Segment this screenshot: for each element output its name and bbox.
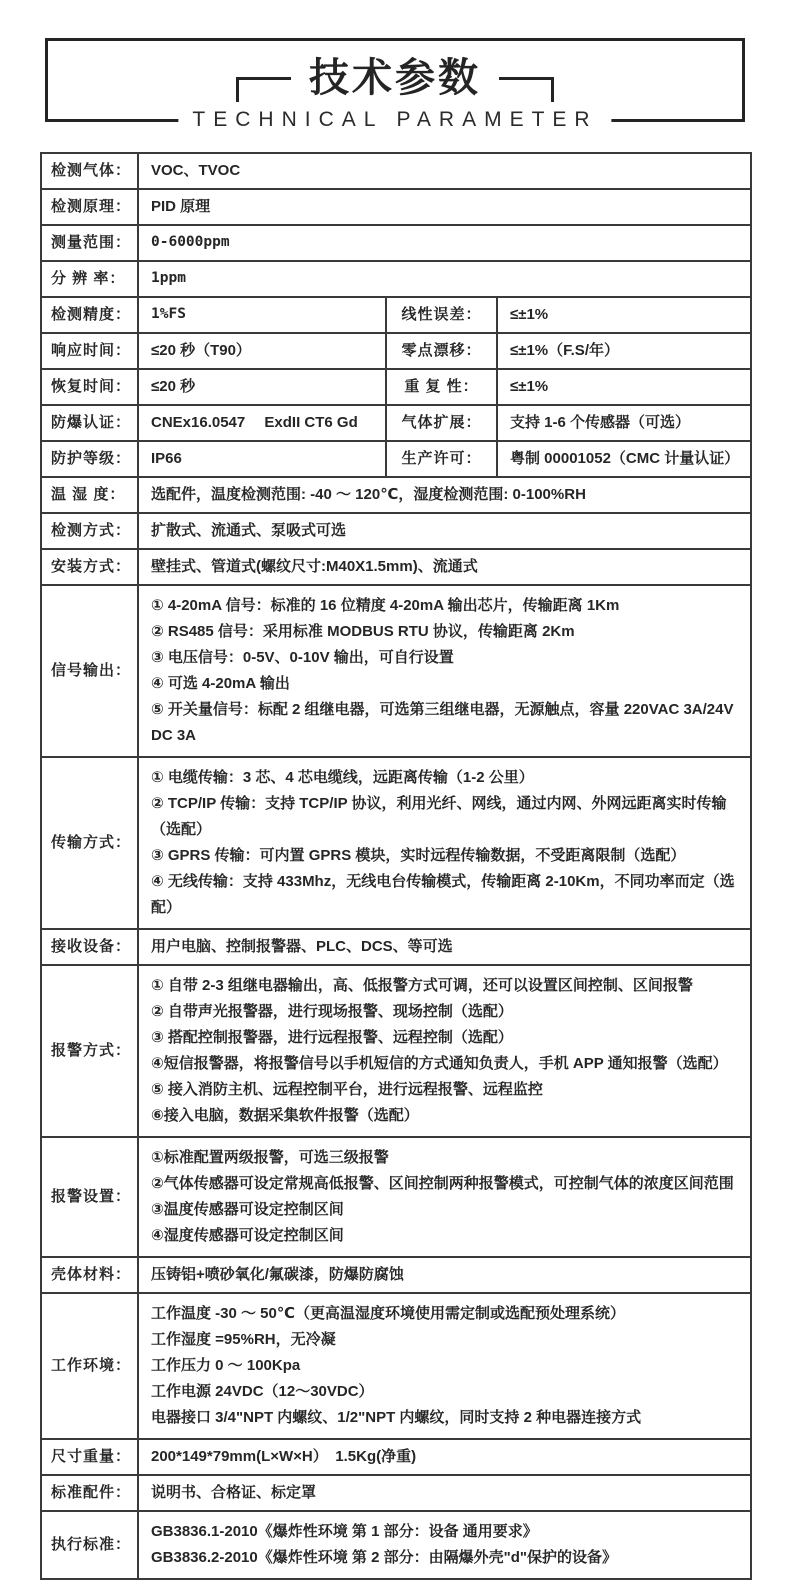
- detection-method-value: 扩散式、流通式、泵吸式可选: [138, 513, 751, 549]
- accuracy-value: 1%FS: [138, 297, 386, 333]
- dimensions-weight-label: 尺寸重量：: [41, 1439, 138, 1475]
- alarm-settings-line: ③温度传感器可设定控制区间: [151, 1197, 742, 1223]
- repeatability-label: 重 复 性：: [386, 369, 497, 405]
- row-detected-gas: 检测气体： VOC、TVOC: [41, 153, 751, 189]
- linearity-error-value: ≤±1%: [497, 297, 751, 333]
- explosion-proof-cert-label: 防爆认证：: [41, 405, 138, 441]
- receiving-device-value: 用户电脑、控制报警器、PLC、DCS、等可选: [138, 929, 751, 965]
- working-environment-line: 电器接口 3/4"NPT 内螺纹、1/2"NPT 内螺纹，同时支持 2 种电器连…: [151, 1405, 742, 1431]
- row-housing-material: 壳体材料： 压铸铝+喷砂氧化/氟碳漆，防爆防腐蚀: [41, 1257, 751, 1293]
- row-response-time-zero-drift: 响应时间： ≤20 秒（T90） 零点漂移： ≤±1%（F.S/年）: [41, 333, 751, 369]
- transmission-method-label: 传输方式：: [41, 757, 138, 929]
- production-license-value: 粤制 00001052（CMC 计量认证）: [497, 441, 751, 477]
- detection-principle-label: 检测原理：: [41, 189, 138, 225]
- installation-method-value: 壁挂式、管道式(螺纹尺寸:M40X1.5mm)、流通式: [138, 549, 751, 585]
- temperature-humidity-label: 温 湿 度：: [41, 477, 138, 513]
- response-time-label: 响应时间：: [41, 333, 138, 369]
- header: 技术参数 TECHNICAL PARAMETER: [45, 38, 745, 122]
- protection-rating-label: 防护等级：: [41, 441, 138, 477]
- standard-accessories-value: 说明书、合格证、标定罩: [138, 1475, 751, 1511]
- row-detection-method: 检测方式： 扩散式、流通式、泵吸式可选: [41, 513, 751, 549]
- detected-gas-label: 检测气体：: [41, 153, 138, 189]
- housing-material-value: 压铸铝+喷砂氧化/氟碳漆，防爆防腐蚀: [138, 1257, 751, 1293]
- signal-output-label: 信号输出：: [41, 585, 138, 757]
- working-environment-line: 工作温度 -30 ～ 50℃（更高温湿度环境使用需定制或选配预处理系统）: [151, 1301, 742, 1327]
- detection-method-label: 检测方式：: [41, 513, 138, 549]
- signal-output-line: ④ 可选 4-20mA 输出: [151, 671, 742, 697]
- executive-standards-line: GB3836.2-2010《爆炸性环境 第 2 部分：由隔爆外壳"d"保护的设备…: [151, 1545, 742, 1571]
- row-resolution: 分 辨 率： 1ppm: [41, 261, 751, 297]
- row-temperature-humidity: 温 湿 度： 选配件，温度检测范围: -40 ～ 120℃，湿度检测范围: 0-…: [41, 477, 751, 513]
- alarm-settings-line: ①标准配置两级报警，可选三级报警: [151, 1145, 742, 1171]
- row-alarm-settings: 报警设置： ①标准配置两级报警，可选三级报警 ②气体传感器可设定常规高低报警、区…: [41, 1137, 751, 1257]
- row-working-environment: 工作环境： 工作温度 -30 ～ 50℃（更高温湿度环境使用需定制或选配预处理系…: [41, 1293, 751, 1439]
- executive-standards-label: 执行标准：: [41, 1511, 138, 1579]
- resolution-label: 分 辨 率：: [41, 261, 138, 297]
- alarm-settings-line: ②气体传感器可设定常规高低报警、区间控制两种报警模式，可控制气体的浓度区间范围: [151, 1171, 742, 1197]
- recovery-time-label: 恢复时间：: [41, 369, 138, 405]
- executive-standards-line: GB3836.1-2010《爆炸性环境 第 1 部分：设备 通用要求》: [151, 1519, 742, 1545]
- zero-drift-label: 零点漂移：: [386, 333, 497, 369]
- alarm-method-line: ② 自带声光报警器，进行现场报警、现场控制（选配）: [151, 999, 742, 1025]
- row-alarm-method: 报警方式： ① 自带 2-3 组继电器输出，高、低报警方式可调，还可以设置区间控…: [41, 965, 751, 1137]
- transmission-method-value: ① 电缆传输：3 芯、4 芯电缆线，远距离传输（1-2 公里） ② TCP/IP…: [138, 757, 751, 929]
- temperature-humidity-value: 选配件，温度检测范围: -40 ～ 120℃，湿度检测范围: 0-100%RH: [138, 477, 751, 513]
- row-recovery-time-repeatability: 恢复时间： ≤20 秒 重 复 性： ≤±1%: [41, 369, 751, 405]
- row-accuracy-linearity: 检测精度： 1%FS 线性误差： ≤±1%: [41, 297, 751, 333]
- resolution-value: 1ppm: [138, 261, 751, 297]
- row-dimensions-weight: 尺寸重量： 200*149*79mm(L×W×H） 1.5Kg(净重): [41, 1439, 751, 1475]
- transmission-line: ② TCP/IP 传输：支持 TCP/IP 协议，利用光纤、网线，通过内网、外网…: [151, 791, 742, 843]
- signal-output-line: ③ 电压信号：0-5V、0-10V 输出，可自行设置: [151, 645, 742, 671]
- transmission-line: ① 电缆传输：3 芯、4 芯电缆线，远距离传输（1-2 公里）: [151, 765, 742, 791]
- accuracy-label: 检测精度：: [41, 297, 138, 333]
- alarm-method-value: ① 自带 2-3 组继电器输出，高、低报警方式可调，还可以设置区间控制、区间报警…: [138, 965, 751, 1137]
- alarm-method-label: 报警方式：: [41, 965, 138, 1137]
- linearity-error-label: 线性误差：: [386, 297, 497, 333]
- detected-gas-value: VOC、TVOC: [138, 153, 751, 189]
- gas-expansion-value: 支持 1-6 个传感器（可选）: [497, 405, 751, 441]
- alarm-method-line: ⑥接入电脑，数据采集软件报警（选配）: [151, 1103, 742, 1129]
- repeatability-value: ≤±1%: [497, 369, 751, 405]
- page-title: 技术参数: [309, 57, 481, 99]
- signal-output-value: ① 4-20mA 信号：标准的 16 位精度 4-20mA 输出芯片，传输距离 …: [138, 585, 751, 757]
- alarm-settings-line: ④湿度传感器可设定控制区间: [151, 1223, 742, 1249]
- production-license-label: 生产许可：: [386, 441, 497, 477]
- working-environment-value: 工作温度 -30 ～ 50℃（更高温湿度环境使用需定制或选配预处理系统） 工作湿…: [138, 1293, 751, 1439]
- title-bracket-right-icon: [499, 77, 554, 102]
- row-installation-method: 安装方式： 壁挂式、管道式(螺纹尺寸:M40X1.5mm)、流通式: [41, 549, 751, 585]
- title-row: 技术参数: [48, 41, 742, 99]
- alarm-method-line: ⑤ 接入消防主机、远程控制平台，进行远程报警、远程监控: [151, 1077, 742, 1103]
- row-executive-standards: 执行标准： GB3836.1-2010《爆炸性环境 第 1 部分：设备 通用要求…: [41, 1511, 751, 1579]
- gas-expansion-label: 气体扩展：: [386, 405, 497, 441]
- zero-drift-value: ≤±1%（F.S/年）: [497, 333, 751, 369]
- signal-output-line: ⑤ 开关量信号：标配 2 组继电器，可选第三组继电器，无源触点，容量 220VA…: [151, 697, 742, 749]
- title-bracket-left-icon: [236, 77, 291, 102]
- transmission-line: ③ GPRS 传输：可内置 GPRS 模块，实时远程传输数据，不受距离限制（选配…: [151, 843, 742, 869]
- working-environment-line: 工作湿度 =95%RH，无冷凝: [151, 1327, 742, 1353]
- transmission-line: ④ 无线传输：支持 433Mhz，无线电台传输模式，传输距离 2-10Km，不同…: [151, 869, 742, 921]
- alarm-method-line: ③ 搭配控制报警器，进行远程报警、远程控制（选配）: [151, 1025, 742, 1051]
- housing-material-label: 壳体材料：: [41, 1257, 138, 1293]
- row-protection-rating-production-license: 防护等级： IP66 生产许可： 粤制 00001052（CMC 计量认证）: [41, 441, 751, 477]
- spec-table: 检测气体： VOC、TVOC 检测原理： PID 原理 测量范围： 0-6000…: [40, 152, 752, 1580]
- installation-method-label: 安装方式：: [41, 549, 138, 585]
- alarm-settings-value: ①标准配置两级报警，可选三级报警 ②气体传感器可设定常规高低报警、区间控制两种报…: [138, 1137, 751, 1257]
- measuring-range-label: 测量范围：: [41, 225, 138, 261]
- protection-rating-value: IP66: [138, 441, 386, 477]
- detection-principle-value: PID 原理: [138, 189, 751, 225]
- measuring-range-value: 0-6000ppm: [138, 225, 751, 261]
- recovery-time-value: ≤20 秒: [138, 369, 386, 405]
- page-subtitle: TECHNICAL PARAMETER: [178, 108, 611, 132]
- signal-output-line: ① 4-20mA 信号：标准的 16 位精度 4-20mA 输出芯片，传输距离 …: [151, 593, 742, 619]
- working-environment-line: 工作压力 0 ～ 100Kpa: [151, 1353, 742, 1379]
- row-measuring-range: 测量范围： 0-6000ppm: [41, 225, 751, 261]
- dimensions-weight-value: 200*149*79mm(L×W×H） 1.5Kg(净重): [138, 1439, 751, 1475]
- row-transmission-method: 传输方式： ① 电缆传输：3 芯、4 芯电缆线，远距离传输（1-2 公里） ② …: [41, 757, 751, 929]
- row-receiving-device: 接收设备： 用户电脑、控制报警器、PLC、DCS、等可选: [41, 929, 751, 965]
- signal-output-line: ② RS485 信号：采用标准 MODBUS RTU 协议，传输距离 2Km: [151, 619, 742, 645]
- explosion-proof-cert-value: CNEx16.0547 ExdII CT6 Gd: [138, 405, 386, 441]
- working-environment-line: 工作电源 24VDC（12～30VDC）: [151, 1379, 742, 1405]
- row-detection-principle: 检测原理： PID 原理: [41, 189, 751, 225]
- row-explosion-proof-gas-expansion: 防爆认证： CNEx16.0547 ExdII CT6 Gd 气体扩展： 支持 …: [41, 405, 751, 441]
- receiving-device-label: 接收设备：: [41, 929, 138, 965]
- row-signal-output: 信号输出： ① 4-20mA 信号：标准的 16 位精度 4-20mA 输出芯片…: [41, 585, 751, 757]
- alarm-settings-label: 报警设置：: [41, 1137, 138, 1257]
- working-environment-label: 工作环境：: [41, 1293, 138, 1439]
- alarm-method-line: ④短信报警器，将报警信号以手机短信的方式通知负责人，手机 APP 通知报警（选配…: [151, 1051, 742, 1077]
- alarm-method-line: ① 自带 2-3 组继电器输出，高、低报警方式可调，还可以设置区间控制、区间报警: [151, 973, 742, 999]
- standard-accessories-label: 标准配件：: [41, 1475, 138, 1511]
- executive-standards-value: GB3836.1-2010《爆炸性环境 第 1 部分：设备 通用要求》 GB38…: [138, 1511, 751, 1579]
- row-standard-accessories: 标准配件： 说明书、合格证、标定罩: [41, 1475, 751, 1511]
- response-time-value: ≤20 秒（T90）: [138, 333, 386, 369]
